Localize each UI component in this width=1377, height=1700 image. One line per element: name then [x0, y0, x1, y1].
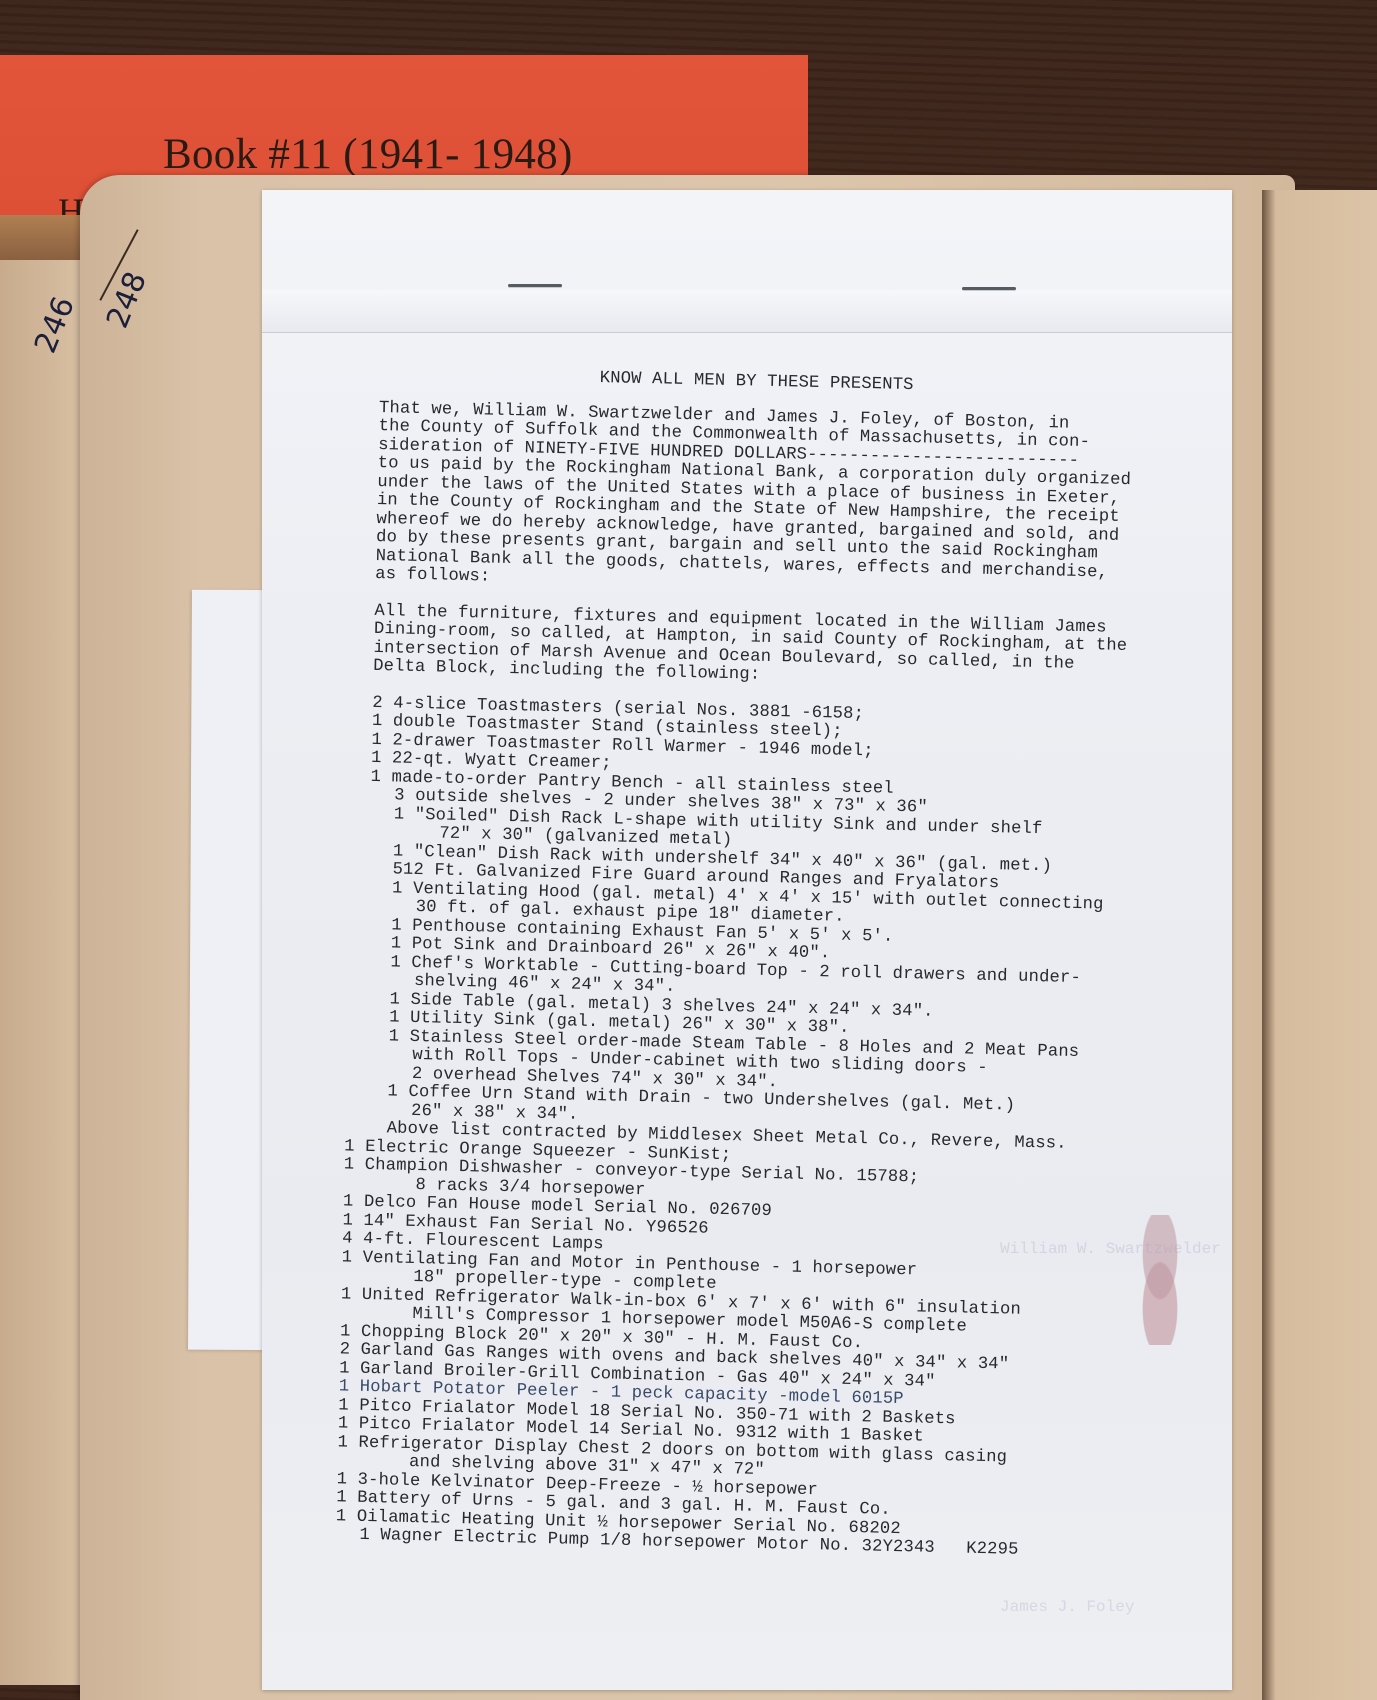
show-through-signature-2: James J. Foley [1000, 1598, 1134, 1616]
book-cover-title: Book #11 (1941- 1948) [163, 130, 573, 179]
staple-icon [962, 287, 1016, 290]
sheet-fold [262, 290, 1232, 333]
bill-of-sale: KNOW ALL MEN BY THESE PRESENTS That we, … [353, 365, 1200, 1564]
binder-page-edges [0, 215, 80, 1685]
staple-icon [508, 284, 562, 287]
preamble: That we, William W. Swartzwelder and Jam… [375, 399, 1199, 603]
equipment-list: 2 4-slice Toastmasters (serial Nos. 3881… [353, 694, 1192, 1563]
binder-spine [0, 215, 80, 260]
ledger-next-page [1262, 190, 1377, 1700]
